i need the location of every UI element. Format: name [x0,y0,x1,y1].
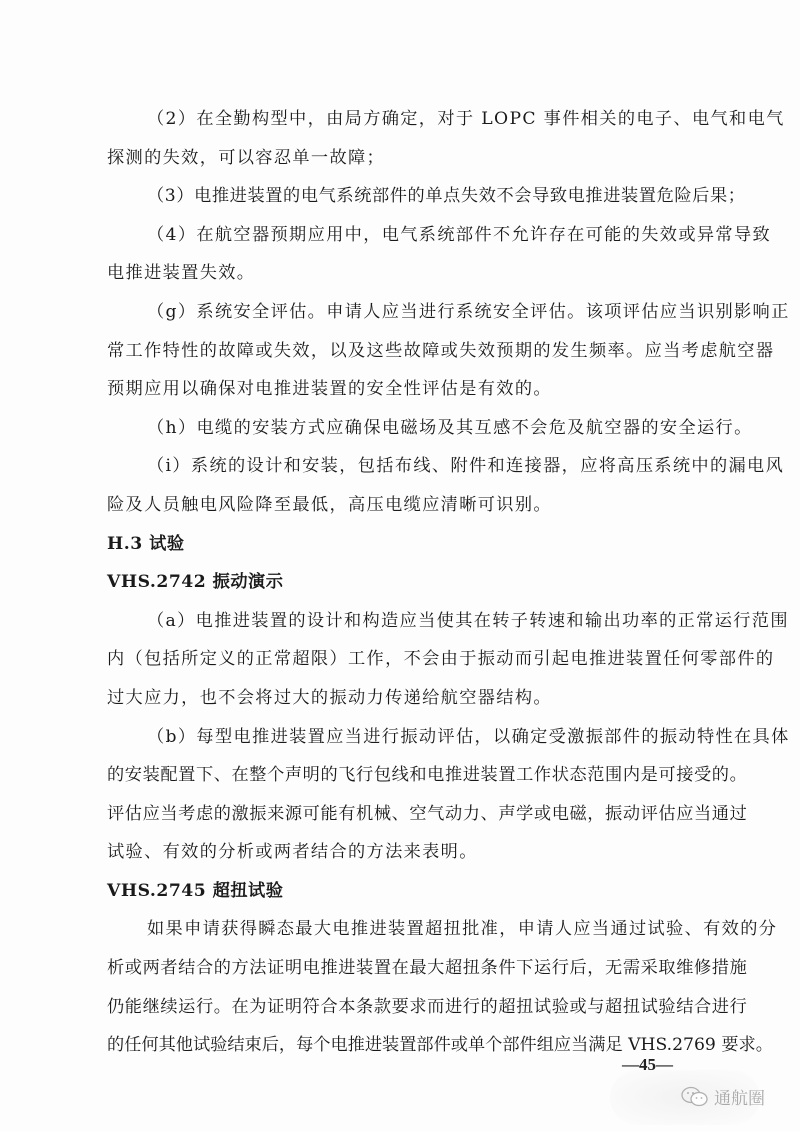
paragraph-vhs2745: 如果申请获得瞬态最大电推进装置超扭批准，申请人应当通过试验、有效的分 析或两者结… [107,910,707,1064]
text-line: 预期应用以确保对电推进装置的安全性评估是有效的。 [107,370,707,409]
text-line: 内（包括所定义的正常超限）工作，不会由于振动而引起电推进装置任何零部件的 [107,640,707,679]
text-line: 析或两者结合的方法证明电推进装置在最大超扭条件下运行后，无需采取维修措施 [107,949,707,988]
text-line: 电推进装置失效。 [107,254,707,293]
text-line: 的安装配置下、在整个声明的飞行包线和电推进装置工作状态范围内是可接受的。 [107,756,707,795]
text-line: （4）在航空器预期应用中，电气系统部件不允许存在可能的失效或异常导致 [107,216,707,255]
page-content: （2）在全勤构型中，由局方确定，对于 LOPC 事件相关的电子、电气和电气 探测… [107,100,707,1065]
text-line: 如果申请获得瞬态最大电推进装置超扭批准，申请人应当通过试验、有效的分 [107,910,707,949]
paragraph-item-g: （g）系统安全评估。申请人应当进行系统安全评估。该项评估应当识别影响正 常工作特… [107,293,707,409]
paragraph-item-4: （4）在航空器预期应用中，电气系统部件不允许存在可能的失效或异常导致 电推进装置… [107,216,707,293]
paragraph-item-h: （h）电缆的安装方式应确保电磁场及其互感不会危及航空器的安全运行。 [107,409,707,448]
section-title-vhs2745: VHS.2745 超扭试验 [107,872,707,911]
text-line: （a）电推进装置的设计和构造应当使其在转子转速和输出功率的正常运行范围 [107,602,707,641]
text-line: （g）系统安全评估。申请人应当进行系统安全评估。该项评估应当识别影响正 [107,293,707,332]
paragraph-item-2: （2）在全勤构型中，由局方确定，对于 LOPC 事件相关的电子、电气和电气 探测… [107,100,707,177]
text-line: 试验、有效的分析或两者结合的方法来表明。 [107,833,707,872]
text-line: （h）电缆的安装方式应确保电磁场及其互感不会危及航空器的安全运行。 [107,409,707,448]
text-line: 仍能继续运行。在为证明符合本条款要求而进行的超扭试验或与超扭试验结合进行 [107,988,707,1027]
text-line: （3）电推进装置的电气系统部件的单点失效不会导致电推进装置危险后果； [107,177,707,216]
paragraph-item-i: （i）系统的设计和安装，包括布线、附件和连接器，应将高压系统中的漏电风 险及人员… [107,447,707,524]
watermark: 通航圈 [680,1084,765,1109]
watermark-text: 通航圈 [714,1084,765,1109]
text-line: （i）系统的设计和安装，包括布线、附件和连接器，应将高压系统中的漏电风 [107,447,707,486]
text-line: 过大应力，也不会将过大的振动力传递给航空器结构。 [107,679,707,718]
text-line: （2）在全勤构型中，由局方确定，对于 LOPC 事件相关的电子、电气和电气 [107,100,707,139]
wechat-icon [680,1085,710,1109]
section-title-vhs2742: VHS.2742 振动演示 [107,563,707,602]
text-line: 探测的失效，可以容忍单一故障； [107,139,707,178]
section-heading-h3: H.3 试验 [107,525,707,564]
text-line: 常工作特性的故障或失效，以及这些故障或失效预期的发生频率。应当考虑航空器 [107,332,707,371]
paragraph-vhs2742-a: （a）电推进装置的设计和构造应当使其在转子转速和输出功率的正常运行范围 内（包括… [107,602,707,718]
text-line: 评估应当考虑的激振来源可能有机械、空气动力、声学或电磁，振动评估应当通过 [107,795,707,834]
text-line: （b）每型电推进装置应当进行振动评估，以确定受激振部件的振动特性在具体 [107,718,707,757]
text-line: 险及人员触电风险降至最低，高压电缆应清晰可识别。 [107,486,707,525]
text-line: 的任何其他试验结束后，每个电推进装置部件或单个部件组应当满足 VHS.2769 … [107,1026,707,1065]
document-page: （2）在全勤构型中，由局方确定，对于 LOPC 事件相关的电子、电气和电气 探测… [0,0,800,1131]
paragraph-item-3: （3）电推进装置的电气系统部件的单点失效不会导致电推进装置危险后果； [107,177,707,216]
paragraph-vhs2742-b: （b）每型电推进装置应当进行振动评估，以确定受激振部件的振动特性在具体 的安装配… [107,718,707,872]
